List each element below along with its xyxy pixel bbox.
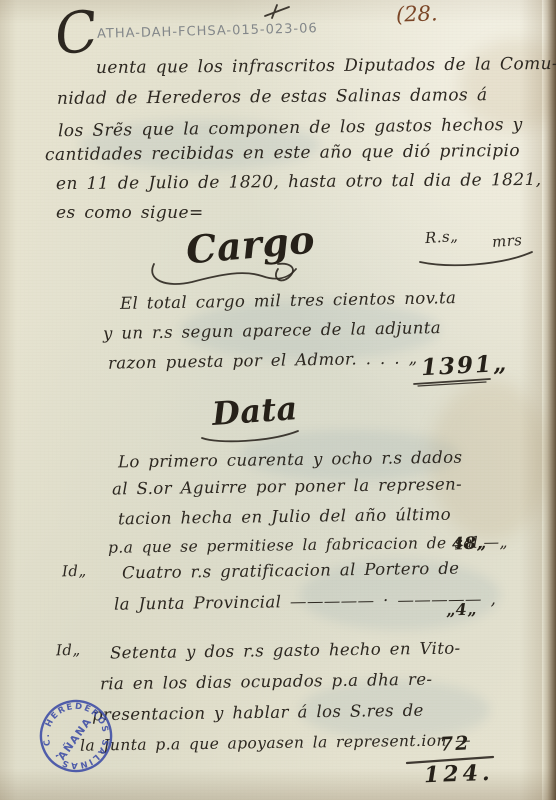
data-item-line: p.a que se permitiese la fabricacion de … <box>108 533 508 557</box>
data-item-amount: „4„ <box>446 599 477 619</box>
cargo-amount-underline <box>412 377 492 387</box>
cargo-flourish <box>146 258 302 294</box>
intro-line: es como sigue= <box>56 203 204 223</box>
data-heading-underline <box>198 428 302 444</box>
data-item-line: presentacion y hablar á los S.res de <box>92 701 424 725</box>
stamp-inner-text: AÑANA <box>55 715 95 763</box>
page-fold-shadow <box>520 0 542 800</box>
data-item-line: Setenta y dos r.s gasto hecho en Vito- <box>110 639 461 663</box>
data-item-line: ria en los dias ocupados p.a dha re- <box>100 670 433 694</box>
data-item-line: Cuatro r.s gratificacion al Portero de <box>122 559 460 583</box>
data-item-line: la Junta Provincial ————— · ————— , <box>114 589 496 613</box>
data-item-amount: 48„ <box>452 533 487 554</box>
manuscript-page: C ATHA-DAH-FCHSA-015-023-06 (28. uenta q… <box>0 0 556 800</box>
data-item-margin: Id„ <box>62 562 87 581</box>
data-heading: Data <box>211 389 299 433</box>
column-header-underline <box>418 248 536 268</box>
page-number: (28. <box>396 1 438 26</box>
pen-mark-icon <box>262 2 294 20</box>
data-item-line: tacion hecha en Julio del año último <box>118 505 451 529</box>
page-right-edge <box>542 0 556 800</box>
intro-line: nidad de Herederos de estas Salinas damo… <box>57 85 488 109</box>
cargo-line: y un r.s segun aparece de la adjunta <box>103 318 441 343</box>
archive-code: ATHA-DAH-FCHSA-015-023-06 <box>97 21 318 42</box>
data-item-line: Lo primero cuarenta y ocho r.s dados <box>118 448 463 472</box>
data-item-line: al S.or Aguirre por poner la represen- <box>112 475 462 499</box>
column-header-reales: R.s„ <box>424 227 458 247</box>
intro-line: en 11 de Julio de 1820, hasta otro tal d… <box>56 170 542 194</box>
data-item-amount: 72 <box>439 732 471 756</box>
intro-line: los Srẽs que la componen de los gastos h… <box>58 115 523 141</box>
community-stamp: C. HEREDEROS SALINAS , AÑANA <box>33 693 119 779</box>
data-item-margin: Id„ <box>56 641 81 660</box>
data-item-line: la Junta p.a que apoyasen la represent.i… <box>80 731 471 754</box>
data-total: 124. <box>424 760 494 788</box>
intro-line: uenta que los infrascritos Diputados de … <box>96 54 556 78</box>
intro-line: cantidades recibidas en este año que dió… <box>45 141 520 165</box>
calligraphic-initial: C <box>51 3 102 64</box>
cargo-line: razon puesta por el Admor. . . . „ <box>108 348 418 372</box>
